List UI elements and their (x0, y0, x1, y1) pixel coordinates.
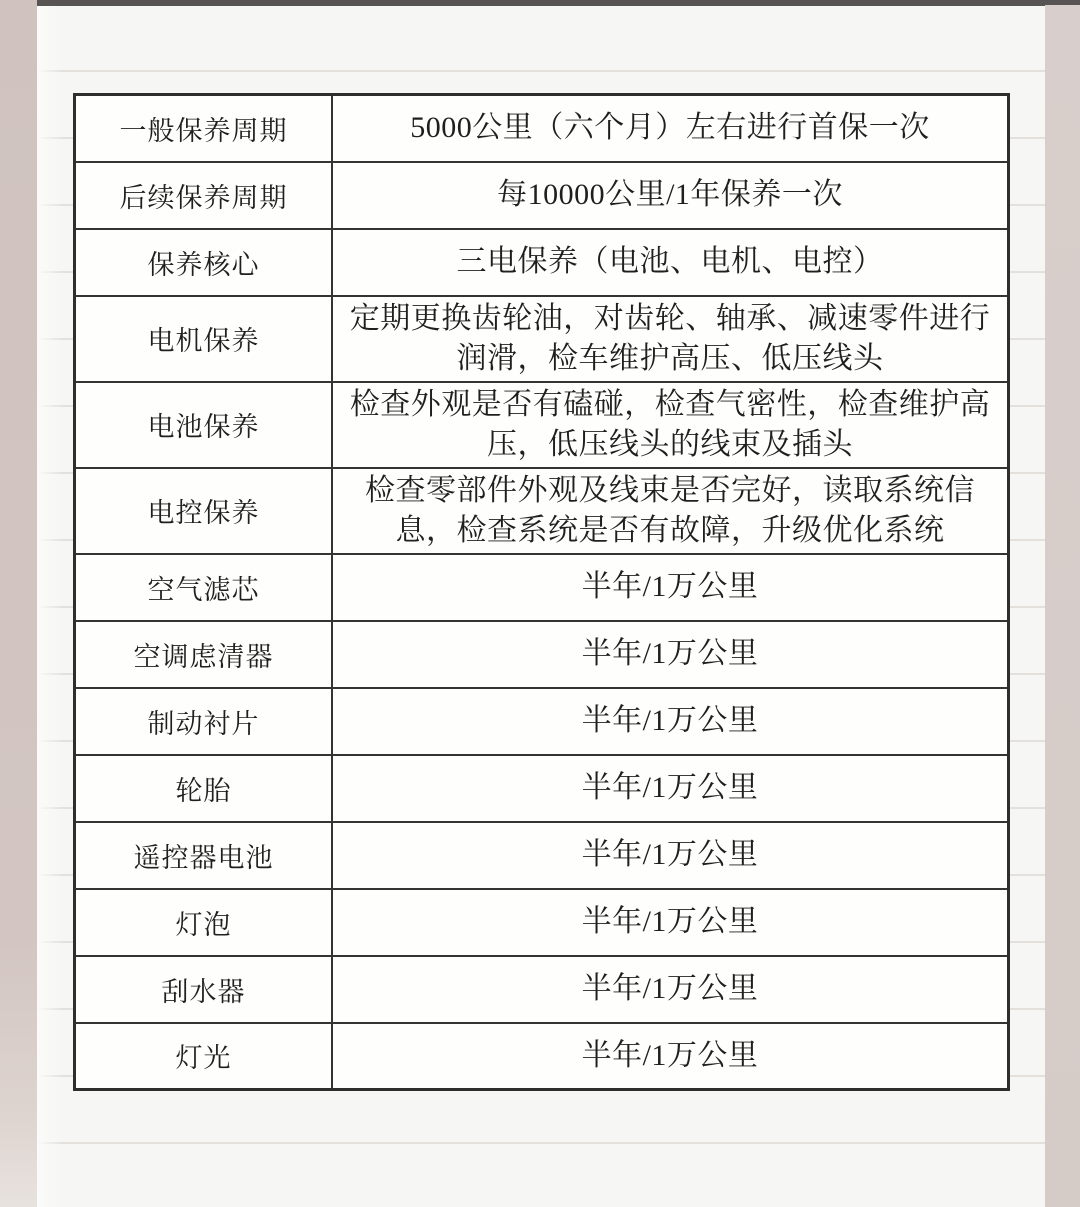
table-row: 电控保养 检查零部件外观及线束是否完好，读取系统信 息，检查系统是否有故障，升级… (75, 468, 1009, 554)
row-value-cell: 半年/1万公里 (332, 554, 1009, 621)
row-value-cell: 半年/1万公里 (332, 621, 1009, 688)
row-value-cell: 检查外观是否有磕碰，检查气密性，检查维护高 压，低压线头的线束及插头 (332, 382, 1009, 468)
row-value-cell: 每10000公里/1年保养一次 (332, 162, 1009, 229)
table-row: 灯光 半年/1万公里 (75, 1023, 1009, 1090)
table-row: 保养核心 三电保养（电池、电机、电控） (75, 229, 1009, 296)
top-dark-strip (33, 0, 1080, 6)
table-row: 遥控器电池 半年/1万公里 (75, 822, 1009, 889)
table-row: 电池保养 检查外观是否有磕碰，检查气密性，检查维护高 压，低压线头的线束及插头 (75, 382, 1009, 468)
table-row: 空调虑清器 半年/1万公里 (75, 621, 1009, 688)
table-row: 制动衬片 半年/1万公里 (75, 688, 1009, 755)
row-label-cell: 后续保养周期 (75, 162, 333, 229)
row-value-cell: 半年/1万公里 (332, 956, 1009, 1023)
row-value-cell: 检查零部件外观及线束是否完好，读取系统信 息，检查系统是否有故障，升级优化系统 (332, 468, 1009, 554)
row-value-cell: 半年/1万公里 (332, 822, 1009, 889)
left-margin-strip (0, 0, 37, 1207)
row-label-cell: 制动衬片 (75, 688, 333, 755)
row-label-cell: 灯泡 (75, 889, 333, 956)
row-label-cell: 电控保养 (75, 468, 333, 554)
table-row: 空气滤芯 半年/1万公里 (75, 554, 1009, 621)
row-value-cell: 定期更换齿轮油，对齿轮、轴承、减速零件进行 润滑，检车维护高压、低压线头 (332, 296, 1009, 382)
row-label-cell: 灯光 (75, 1023, 333, 1090)
row-label-cell: 空调虑清器 (75, 621, 333, 688)
row-label-cell: 空气滤芯 (75, 554, 333, 621)
page-edge-highlight (37, 6, 63, 1207)
table-row: 后续保养周期 每10000公里/1年保养一次 (75, 162, 1009, 229)
table-row: 一般保养周期 5000公里（六个月）左右进行首保一次 (75, 95, 1009, 162)
row-value-cell: 半年/1万公里 (332, 755, 1009, 822)
row-value-cell: 三电保养（电池、电机、电控） (332, 229, 1009, 296)
row-value-cell: 半年/1万公里 (332, 688, 1009, 755)
row-label-cell: 刮水器 (75, 956, 333, 1023)
row-label-cell: 遥控器电池 (75, 822, 333, 889)
table-row: 灯泡 半年/1万公里 (75, 889, 1009, 956)
row-label-cell: 电机保养 (75, 296, 333, 382)
row-value-cell: 5000公里（六个月）左右进行首保一次 (332, 95, 1009, 162)
row-label-cell: 轮胎 (75, 755, 333, 822)
row-label-cell: 电池保养 (75, 382, 333, 468)
table-row: 轮胎 半年/1万公里 (75, 755, 1009, 822)
row-label-cell: 保养核心 (75, 229, 333, 296)
right-margin-strip (1045, 5, 1080, 1207)
row-value-cell: 半年/1万公里 (332, 889, 1009, 956)
maintenance-schedule-table: 一般保养周期 5000公里（六个月）左右进行首保一次 后续保养周期 每10000… (73, 93, 1010, 1091)
row-label-cell: 一般保养周期 (75, 95, 333, 162)
table-row: 刮水器 半年/1万公里 (75, 956, 1009, 1023)
photo-background: 一般保养周期 5000公里（六个月）左右进行首保一次 后续保养周期 每10000… (0, 0, 1080, 1207)
table-row: 电机保养 定期更换齿轮油，对齿轮、轴承、减速零件进行 润滑，检车维护高压、低压线… (75, 296, 1009, 382)
row-value-cell: 半年/1万公里 (332, 1023, 1009, 1090)
